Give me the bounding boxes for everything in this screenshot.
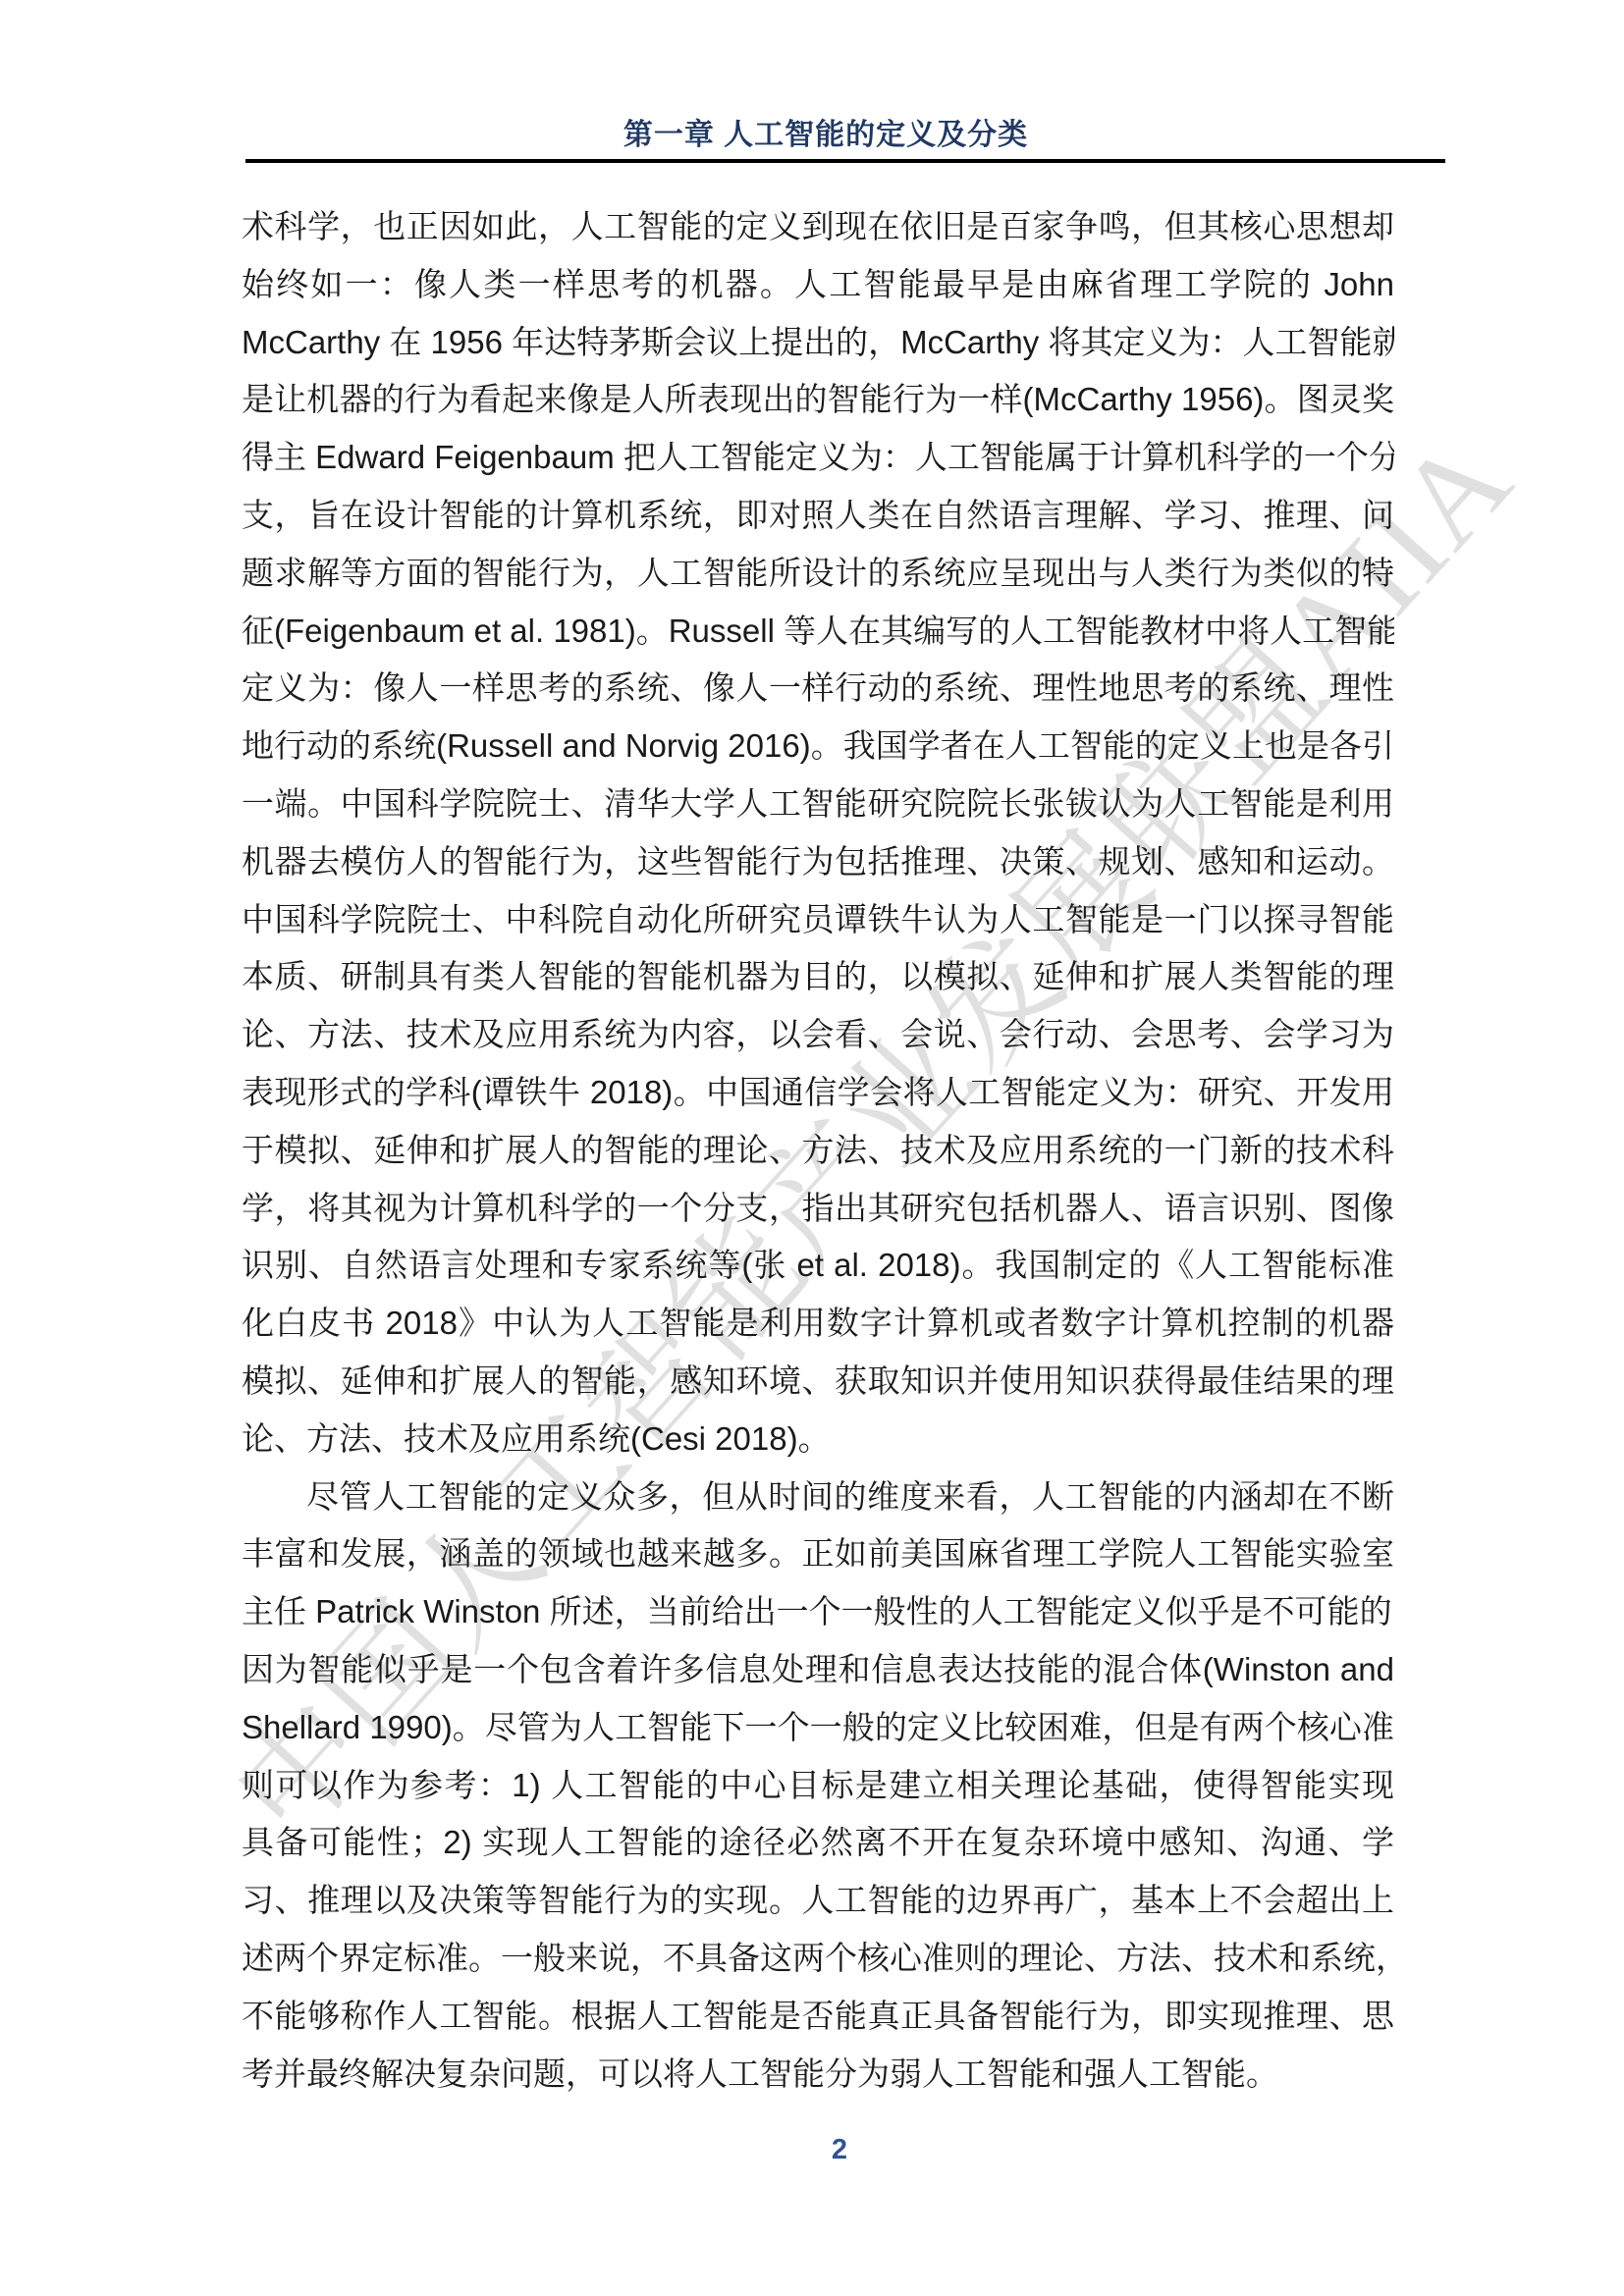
text-line: 一端。中国科学院院士、清华大学人工智能研究院院长张钹认为人工智能是利用 <box>242 775 1394 833</box>
document-page: 中国人工智能产业发展联盟AIIA 第一章 人工智能的定义及分类 术科学，也正因如… <box>0 0 1624 2296</box>
text-line: 论、方法、技术及应用系统(Cesi 2018)。 <box>242 1411 1394 1468</box>
text-line: 中国科学院院士、中科院自动化所研究员谭铁牛认为人工智能是一门以探寻智能 <box>242 891 1394 949</box>
text-line: 化白皮书 2018》中认为人工智能是利用数字计算机或者数字计算机控制的机器 <box>242 1295 1394 1353</box>
text-line: 因为智能似乎是一个包含着许多信息处理和信息表达技能的混合体(Winston an… <box>242 1641 1394 1699</box>
text-line: 识别、自然语言处理和专家系统等(张 et al. 2018)。我国制定的《人工智… <box>242 1237 1394 1295</box>
text-line: 定义为：像人一样思考的系统、像人一样行动的系统、理性地思考的系统、理性 <box>242 660 1394 718</box>
text-line: 得主 Edward Feigenbaum 把人工智能定义为：人工智能属于计算机科… <box>242 429 1394 487</box>
text-line: 本质、研制具有类人智能的智能机器为目的，以模拟、延伸和扩展人类智能的理 <box>242 948 1394 1006</box>
text-line: 考并最终解决复杂问题，可以将人工智能分为弱人工智能和强人工智能。 <box>242 2046 1394 2104</box>
text-line: 模拟、延伸和扩展人的智能，感知环境、获取知识并使用知识获得最佳结果的理 <box>242 1353 1394 1411</box>
text-line: 是让机器的行为看起来像是人所表现出的智能行为一样(McCarthy 1956)。… <box>242 371 1394 429</box>
text-line: 题求解等方面的智能行为，人工智能所设计的系统应呈现出与人类行为类似的特 <box>242 545 1394 603</box>
text-line: 丰富和发展，涵盖的领域也越来越多。正如前美国麻省理工学院人工智能实验室 <box>242 1525 1394 1583</box>
text-line: 于模拟、延伸和扩展人的智能的理论、方法、技术及应用系统的一门新的技术科 <box>242 1122 1394 1180</box>
text-line: 表现形式的学科(谭铁牛 2018)。中国通信学会将人工智能定义为：研究、开发用 <box>242 1064 1394 1122</box>
text-line: 术科学，也正因如此，人工智能的定义到现在依旧是百家争鸣，但其核心思想却 <box>242 198 1394 256</box>
body-text: 术科学，也正因如此，人工智能的定义到现在依旧是百家争鸣，但其核心思想却始终如一：… <box>242 198 1394 2103</box>
text-line: 学，将其视为计算机科学的一个分支，指出其研究包括机器人、语言识别、图像 <box>242 1180 1394 1238</box>
text-line: Shellard 1990)。尽管为人工智能下一个一般的定义比较困难，但是有两个… <box>242 1699 1394 1757</box>
text-line: 则可以作为参考：1) 人工智能的中心目标是建立相关理论基础，使得智能实现 <box>242 1757 1394 1815</box>
text-line: 尽管人工智能的定义众多，但从时间的维度来看，人工智能的内涵却在不断 <box>242 1468 1394 1526</box>
text-line: McCarthy 在 1956 年达特茅斯会议上提出的，McCarthy 将其定… <box>242 314 1394 372</box>
text-line: 征(Feigenbaum et al. 1981)。Russell 等人在其编写… <box>242 603 1394 661</box>
header-rule <box>245 159 1445 163</box>
text-line: 支，旨在设计智能的计算机系统，即对照人类在自然语言理解、学习、推理、问 <box>242 487 1394 545</box>
text-line: 述两个界定标准。一般来说，不具备这两个核心准则的理论、方法、技术和系统， <box>242 1930 1394 1988</box>
text-line: 地行动的系统(Russell and Norvig 2016)。我国学者在人工智… <box>242 718 1394 775</box>
page-number: 2 <box>0 2134 1624 2166</box>
text-line: 习、推理以及决策等智能行为的实现。人工智能的边界再广，基本上不会超出上 <box>242 1872 1394 1930</box>
text-line: 具备可能性；2) 实现人工智能的途径必然离不开在复杂环境中感知、沟通、学 <box>242 1814 1394 1872</box>
text-line: 机器去模仿人的智能行为，这些智能行为包括推理、决策、规划、感知和运动。 <box>242 833 1394 891</box>
text-line: 主任 Patrick Winston 所述，当前给出一个一般性的人工智能定义似乎… <box>242 1583 1394 1641</box>
text-line: 不能够称作人工智能。根据人工智能是否能真正具备智能行为，即实现推理、思 <box>242 1988 1394 2046</box>
text-line: 论、方法、技术及应用系统为内容，以会看、会说、会行动、会思考、会学习为 <box>242 1006 1394 1064</box>
text-line: 始终如一：像人类一样思考的机器。人工智能最早是由麻省理工学院的 John <box>242 256 1394 314</box>
chapter-title: 第一章 人工智能的定义及分类 <box>0 110 1624 153</box>
